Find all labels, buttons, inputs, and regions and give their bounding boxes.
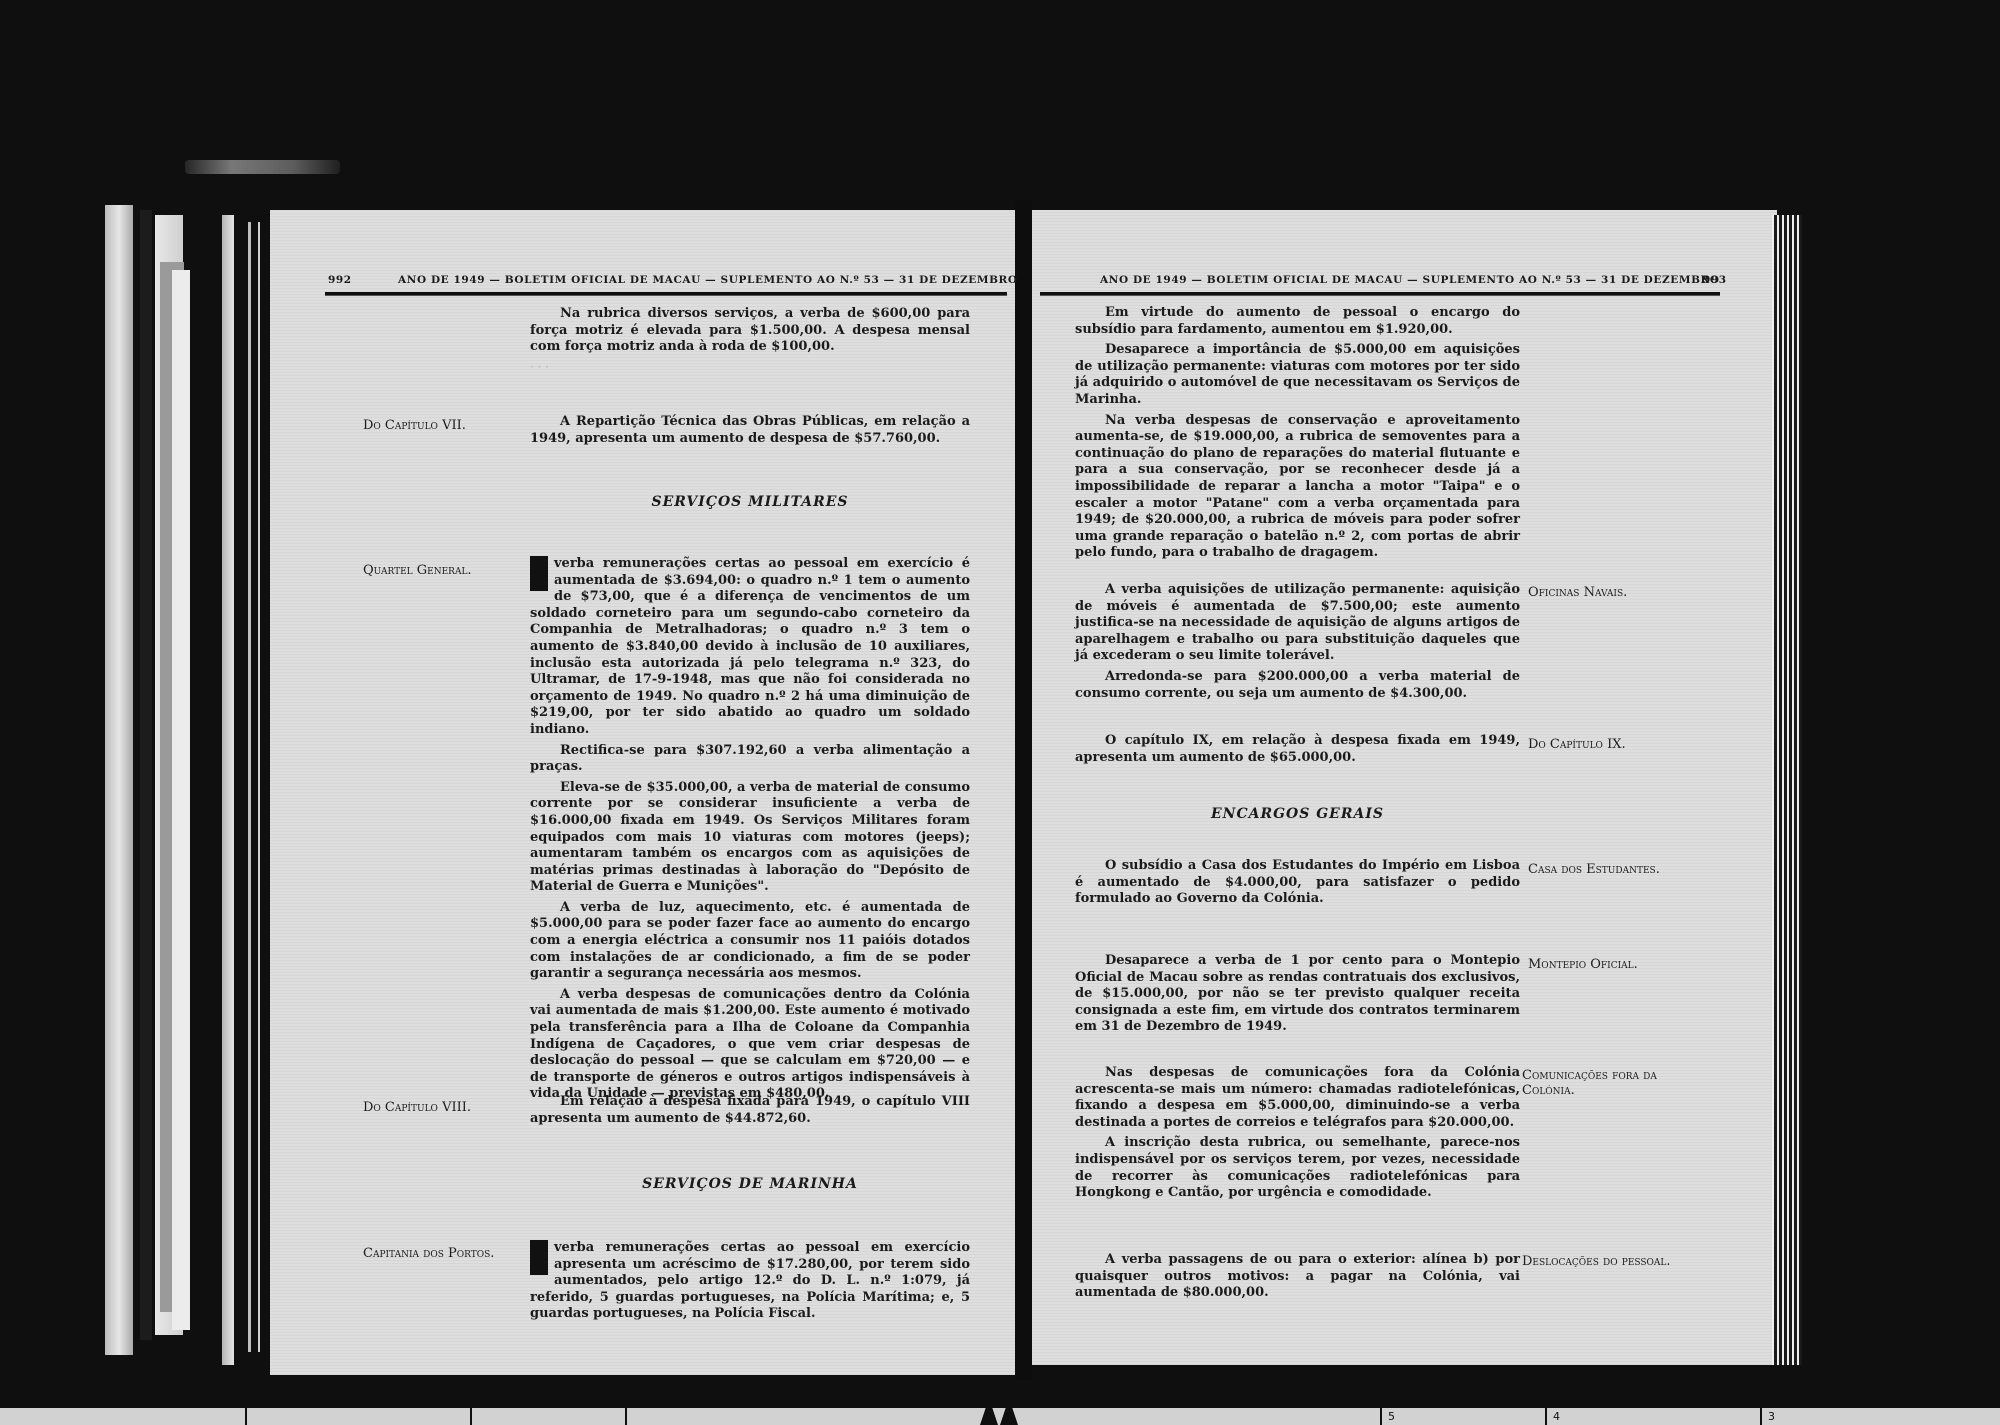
paragraph: Eleva-se de $35.000,00, a verba de mater… (530, 780, 970, 896)
ruler-tick (1545, 1408, 1547, 1425)
paragraph: Rectifica-se para $307.192,60 a verba al… (530, 743, 970, 776)
margin-note-capitulo-ix: Do Capítulo IX. (1528, 737, 1626, 752)
ruler-label: 5 (1388, 1410, 1395, 1423)
book-edge (248, 222, 251, 1352)
left-running-head: ANO DE 1949 — BOLETIM OFICIAL DE MACAU —… (398, 274, 1018, 286)
book-edge (140, 210, 152, 1340)
montepio-block: Desaparece a verba de 1 por cento para o… (1075, 953, 1520, 1040)
margin-note-capitania: Capitania dos Portos. (363, 1246, 494, 1261)
book-edge (258, 222, 260, 1352)
paragraph-text: verba remunerações certas ao pessoal em … (530, 556, 970, 737)
margin-note-oficinas-navais: Oficinas Navais. (1528, 585, 1627, 600)
capitulo-ix-block: O capítulo IX, em relação à despesa fixa… (1075, 733, 1520, 770)
paragraph: A verba despesas de comunicações dentro … (530, 987, 970, 1103)
paragraph: A inscrição desta rubrica, ou semelhante… (1075, 1135, 1520, 1201)
comunicacoes-fora-block: Nas despesas de comunicações fora da Col… (1075, 1065, 1520, 1206)
right-head-rule (1040, 292, 1720, 296)
margin-note-deslocacoes: Deslocações do pessoal. (1522, 1254, 1682, 1269)
margin-note-comunicacoes-fora: Comunicações fora da Colónia. (1522, 1068, 1682, 1098)
ruler-tick (625, 1408, 627, 1425)
paragraph: Em relação à despesa fixada para 1949, o… (530, 1094, 970, 1127)
capitulo-viii-block: Em relação à despesa fixada para 1949, o… (530, 1094, 970, 1131)
left-head-rule (325, 292, 1007, 296)
section-militares: SERVIÇOS MILITARES (530, 494, 970, 515)
book-edge (1772, 215, 1802, 1365)
right-page-number: 993 (1703, 274, 1727, 286)
left-intro-block: Na rubrica diversos serviços, a verba de… (530, 306, 970, 360)
ruler-tick (245, 1408, 247, 1425)
ruler-marker-icon (1000, 1398, 1018, 1425)
paragraph: A Repartição Técnica das Obras Públicas,… (530, 414, 970, 447)
drop-cap: A (530, 1240, 548, 1275)
section-encargos: ENCARGOS GERAIS (1075, 806, 1520, 827)
paragraph: Desaparece a verba de 1 por cento para o… (1075, 953, 1520, 1036)
paragraph: Averba remunerações certas ao pessoal em… (530, 1240, 970, 1323)
casa-estudantes-block: O subsídio a Casa dos Estudantes do Impé… (1075, 858, 1520, 912)
paragraph: Desaparece a importância de $5.000,00 em… (1075, 342, 1520, 408)
book-edge (222, 215, 234, 1365)
left-page-number: 992 (328, 274, 352, 286)
paragraph: Nas despesas de comunicações fora da Col… (1075, 1065, 1520, 1131)
bleedthrough-text: · · · (530, 360, 549, 374)
book-edge (172, 270, 190, 1330)
paragraph: A verba de luz, aquecimento, etc. é aume… (530, 900, 970, 983)
drop-cap: A (530, 556, 548, 591)
margin-note-casa-estudantes: Casa dos Estudantes. (1528, 862, 1660, 877)
margin-note-capitulo-viii: Do Capítulo VIII. (363, 1100, 471, 1115)
book-gutter (1015, 200, 1032, 1380)
paragraph: Averba remunerações certas ao pessoal em… (530, 556, 970, 739)
margin-note-capitulo-vii: Do Capítulo VII. (363, 418, 466, 433)
paragraph: Em virtude do aumento de pessoal o encar… (1075, 305, 1520, 338)
paragraph: Arredonda-se para $200.000,00 a verba ma… (1075, 669, 1520, 702)
scan-smudge (185, 160, 340, 174)
paragraph-text: verba remunerações certas ao pessoal em … (530, 1240, 970, 1321)
paragraph: Na rubrica diversos serviços, a verba de… (530, 306, 970, 356)
ruler-label: 3 (1768, 1410, 1775, 1423)
paragraph: Na verba despesas de conservação e aprov… (1075, 413, 1520, 562)
capitania-block: Averba remunerações certas ao pessoal em… (530, 1240, 970, 1327)
section-title: SERVIÇOS MILITARES (530, 494, 970, 511)
paragraph: O capítulo IX, em relação à despesa fixa… (1075, 733, 1520, 766)
ruler-tick (470, 1408, 472, 1425)
margin-note-montepio: Montepio Oficial. (1528, 957, 1638, 972)
section-marinha: SERVIÇOS DE MARINHA (530, 1176, 970, 1197)
marinha-continued-block: Em virtude do aumento de pessoal o encar… (1075, 305, 1520, 566)
section-title: ENCARGOS GERAIS (1075, 806, 1520, 823)
capitulo-vii-block: A Repartição Técnica das Obras Públicas,… (530, 414, 970, 451)
ruler-label: 4 (1553, 1410, 1560, 1423)
quartel-general-block: Averba remunerações certas ao pessoal em… (530, 556, 970, 1107)
ruler-tick (1760, 1408, 1762, 1425)
book-edge (105, 205, 133, 1355)
right-running-head: ANO DE 1949 — BOLETIM OFICIAL DE MACAU —… (1100, 274, 1720, 286)
paragraph: A verba passagens de ou para o exterior:… (1075, 1252, 1520, 1302)
paragraph: A verba aquisições de utilização permane… (1075, 582, 1520, 665)
ruler-tick (1380, 1408, 1382, 1425)
deslocacoes-block: A verba passagens de ou para o exterior:… (1075, 1252, 1520, 1306)
section-title: SERVIÇOS DE MARINHA (530, 1176, 970, 1193)
margin-note-quartel-general: Quartel General. (363, 563, 472, 578)
ruler-marker-icon (980, 1398, 998, 1425)
oficinas-navais-block: A verba aquisições de utilização permane… (1075, 582, 1520, 706)
paragraph: O subsídio a Casa dos Estudantes do Impé… (1075, 858, 1520, 908)
